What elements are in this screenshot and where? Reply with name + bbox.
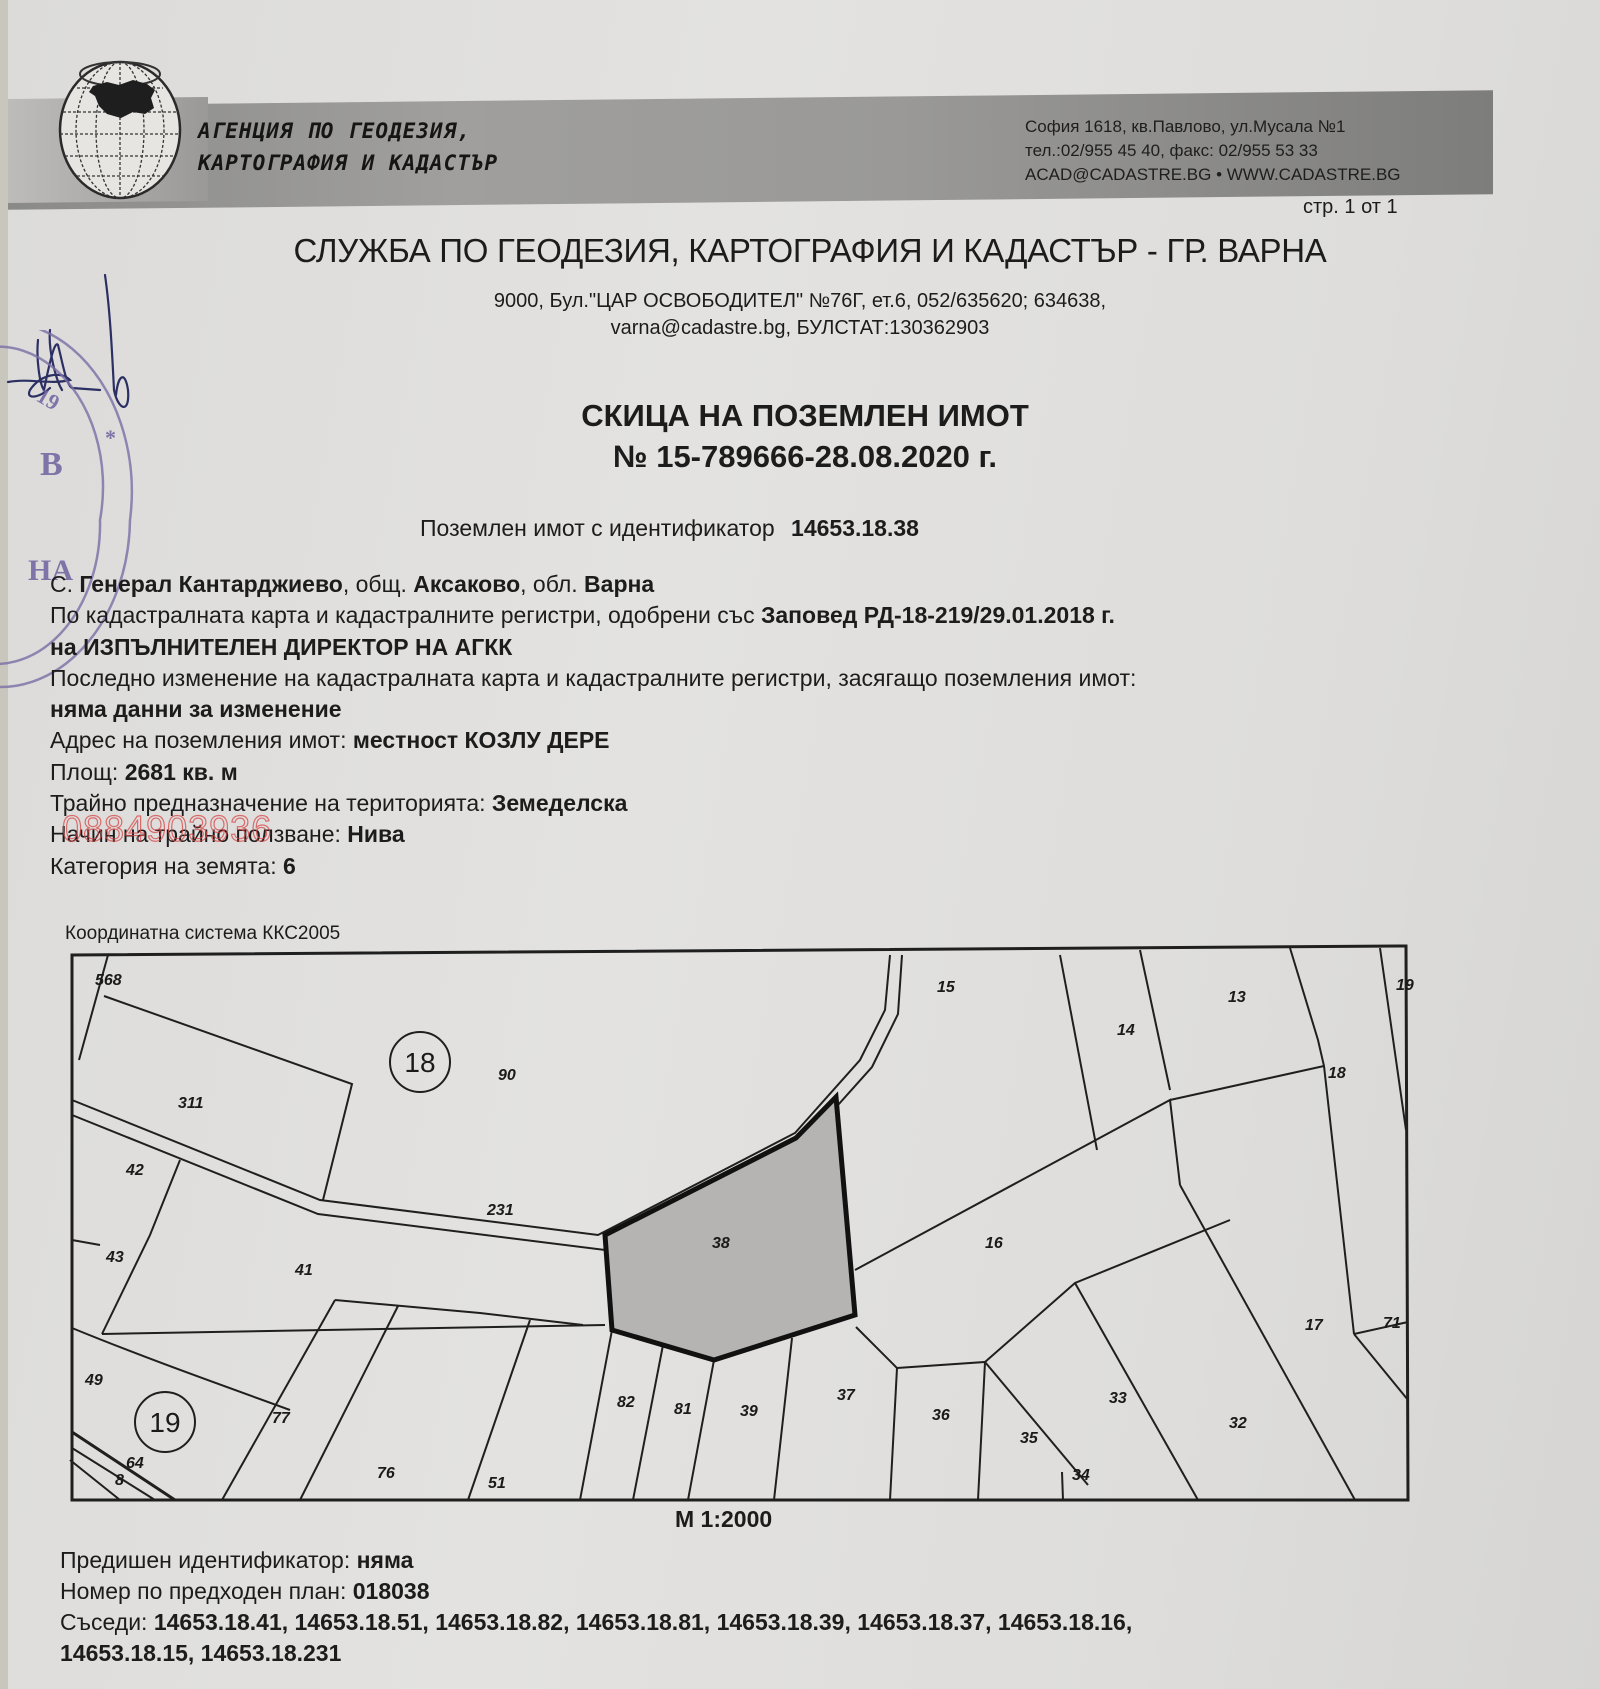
phone-watermark: 0884903936 (62, 808, 272, 850)
area-value: 2681 кв. м (125, 759, 238, 785)
approval-row: По кадастралната карта и кадастралните р… (50, 600, 1136, 631)
last-change-label: Последно изменение на кадастралната карт… (50, 663, 1136, 694)
document-title-block: СКИЦА НА ПОЗЕМЛЕН ИМОТ № 15-789666-28.08… (0, 395, 1600, 477)
map-scale: М 1:2000 (675, 1506, 772, 1533)
document-number: № 15-789666-28.08.2020 г. (10, 436, 1600, 477)
location-prefix: С. (50, 571, 73, 597)
usage-value: Нива (347, 821, 404, 847)
approval-label: По кадастралната карта и кадастралните р… (50, 602, 755, 628)
previous-plan-value: 018038 (353, 1578, 430, 1604)
municipality-name: Аксаково (413, 571, 520, 597)
agency-contact: София 1618, кв.Павлово, ул.Мусала №1 тел… (1025, 115, 1401, 187)
neighbors-row-2: 14653.18.15, 14653.18.231 (60, 1638, 1132, 1669)
village-name: Генерал Кантарджиево (79, 571, 342, 597)
identifier-value: 14653.18.38 (791, 515, 919, 541)
approval-authority-row: на ИЗПЪЛНИТЕЛЕН ДИРЕКТОР НА АГКК (50, 632, 1136, 663)
location-row: С. Генерал Кантарджиево, общ. Аксаково, … (50, 569, 1136, 600)
agency-email-web: ACAD@CADASTRE.BG • WWW.CADASTRE.BG (1025, 163, 1401, 187)
previous-plan-label: Номер по предходен план: (60, 1578, 346, 1604)
agency-name: АГЕНЦИЯ ПО ГЕОДЕЗИЯ, КАРТОГРАФИЯ И КАДАС… (198, 115, 498, 179)
footer-fields: Предишен идентификатор: няма Номер по пр… (60, 1545, 1132, 1669)
previous-id-value: няма (357, 1547, 414, 1573)
page-indicator: стр. 1 от 1 (1303, 196, 1398, 219)
agency-globe-logo-icon (55, 52, 185, 202)
previous-id-row: Предишен идентификатор: няма (60, 1545, 1132, 1576)
agency-name-line1: АГЕНЦИЯ ПО ГЕОДЕЗИЯ, (198, 115, 498, 147)
previous-plan-row: Номер по предходен план: 018038 (60, 1576, 1132, 1607)
agency-address: София 1618, кв.Павлово, ул.Мусала №1 (1025, 115, 1401, 139)
neighbors-row: Съседи: 14653.18.41, 14653.18.51, 14653.… (60, 1607, 1132, 1638)
last-change-value: няма данни за изменение (50, 696, 342, 722)
agency-phone-fax: тел.:02/955 45 40, факс: 02/955 53 33 (1025, 139, 1401, 163)
agency-name-line2: КАРТОГРАФИЯ И КАДАСТЪР (198, 147, 498, 179)
identifier-label: Поземлен имот с идентификатор (420, 515, 775, 541)
address-label: Адрес на поземления имот: (50, 727, 346, 753)
address-value: местност КОЗЛУ ДЕРЕ (353, 727, 610, 753)
office-address-line2: varna@cadastre.bg, БУЛСТАТ:130362903 (0, 315, 1600, 342)
neighbors-label: Съседи: (60, 1609, 147, 1635)
category-row: Категория на земята: 6 (50, 851, 1136, 882)
approval-order: Заповед РД-18-219/29.01.2018 г. (761, 602, 1115, 628)
document-title: СКИЦА НА ПОЗЕМЛЕН ИМОТ (10, 395, 1600, 436)
office-name: СЛУЖБА ПО ГЕОДЕЗИЯ, КАРТОГРАФИЯ И КАДАСТ… (0, 232, 1600, 270)
category-value: 6 (283, 853, 296, 879)
office-address: 9000, Бул."ЦАР ОСВОБОДИТЕЛ" №76Г, ет.6, … (0, 288, 1600, 342)
region-name: Варна (584, 571, 654, 597)
approval-authority: на ИЗПЪЛНИТЕЛЕН ДИРЕКТОР НА АГКК (50, 634, 512, 660)
category-label: Категория на земята: (50, 853, 277, 879)
coordinate-system-label: Координатна система ККС2005 (65, 923, 340, 945)
parcel-identifier-line: Поземлен имот с идентификатор 14653.18.3… (420, 515, 919, 542)
neighbors-line2: 14653.18.15, 14653.18.231 (60, 1640, 341, 1666)
neighbors-line1: 14653.18.41, 14653.18.51, 14653.18.82, 1… (154, 1609, 1132, 1635)
previous-id-label: Предишен идентификатор: (60, 1547, 350, 1573)
purpose-value: Земеделска (492, 790, 628, 816)
area-row: Площ: 2681 кв. м (50, 757, 1136, 788)
municipality-prefix: , общ. (343, 571, 407, 597)
office-address-line1: 9000, Бул."ЦАР ОСВОБОДИТЕЛ" №76Г, ет.6, … (0, 288, 1600, 315)
last-change-row: няма данни за изменение (50, 694, 1136, 725)
address-row: Адрес на поземления имот: местност КОЗЛУ… (50, 725, 1136, 756)
area-label: Площ: (50, 759, 118, 785)
region-prefix: , обл. (520, 571, 578, 597)
